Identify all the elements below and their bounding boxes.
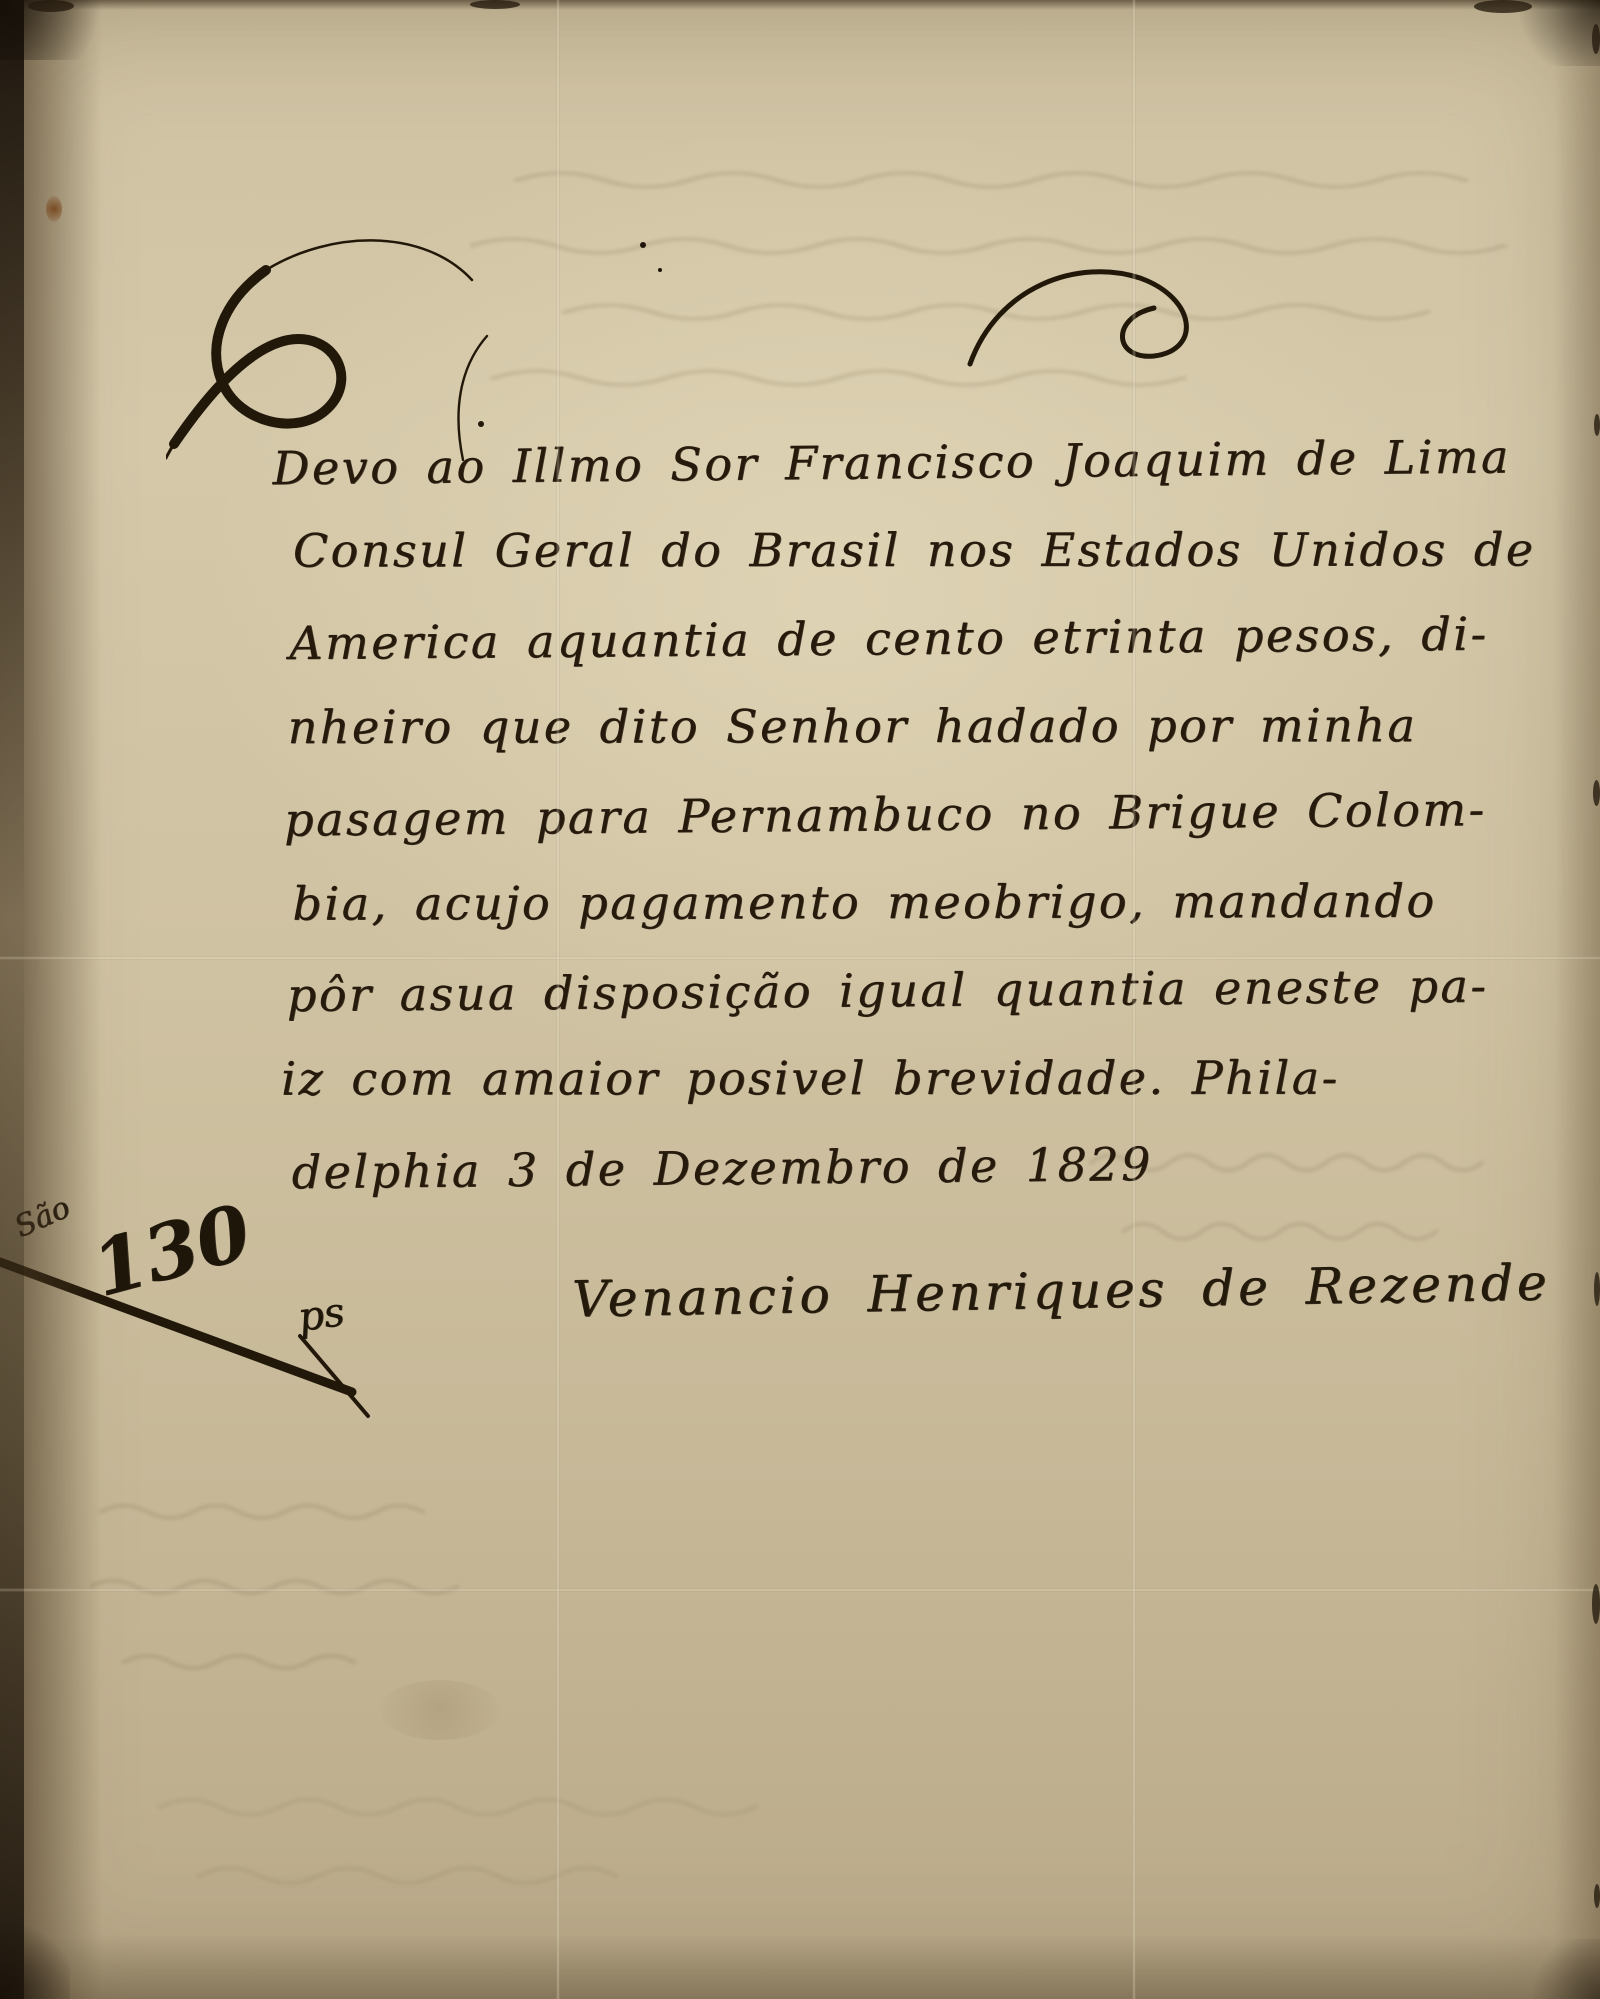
edge-mark (1592, 1584, 1600, 1624)
ink-speck (658, 268, 662, 272)
manuscript-text: Devo ao Illmo Sor Francisco Joaquim de L… (286, 415, 1589, 1213)
edge-mark (1593, 780, 1600, 806)
ink-speck (640, 242, 646, 248)
manuscript-line-8: iz com amaior posivel brevidade. Phila- (281, 1033, 1581, 1122)
binding-shadow-fade (24, 0, 102, 1999)
bleed-through-text (150, 1760, 910, 1910)
manuscript-line-9: delphia 3 de Dezembro de 1829 (291, 1116, 1592, 1216)
edge-mark (1592, 24, 1600, 54)
pen-curl-icon (958, 252, 1238, 382)
edge-mark (1594, 1272, 1600, 1306)
fold-crease-horizontal (0, 1588, 1600, 1592)
page-edge-bottom (0, 1935, 1600, 1999)
manuscript-line-1: Devo ao Illmo Sor Francisco Joaquim de L… (272, 412, 1573, 512)
fold-crease-horizontal (0, 956, 1600, 960)
page-edge-right (1554, 0, 1600, 1999)
edge-mark (1594, 1884, 1600, 1908)
fold-crease-vertical (1132, 0, 1136, 1999)
binding-shadow (0, 0, 24, 1999)
manuscript-line-3: America aquantia de cento etrinta pesos,… (289, 589, 1590, 687)
edge-mark (1474, 0, 1532, 13)
edge-mark (470, 0, 520, 9)
manuscript-line-4: nheiro que dito Senhor hadado por minha (288, 681, 1588, 771)
edge-mark (1594, 414, 1600, 436)
scanned-page: Devo ao Illmo Sor Francisco Joaquim de L… (0, 0, 1600, 1999)
manuscript-line-5: pasagem para Pernambuco no Brigue Colom- (284, 764, 1585, 863)
edge-mark (28, 0, 74, 12)
stain (46, 196, 62, 222)
page-edge-top (0, 0, 1600, 10)
stain (380, 1680, 500, 1740)
manuscript-line-2: Consul Geral do Brasil nos Estados Unido… (293, 505, 1593, 594)
manuscript-line-6: bia, acujo pagamento meobrigo, mandando (292, 856, 1592, 947)
signature: Venancio Henriques de Rezende (572, 1253, 1551, 1328)
fold-crease-vertical (556, 0, 560, 1999)
